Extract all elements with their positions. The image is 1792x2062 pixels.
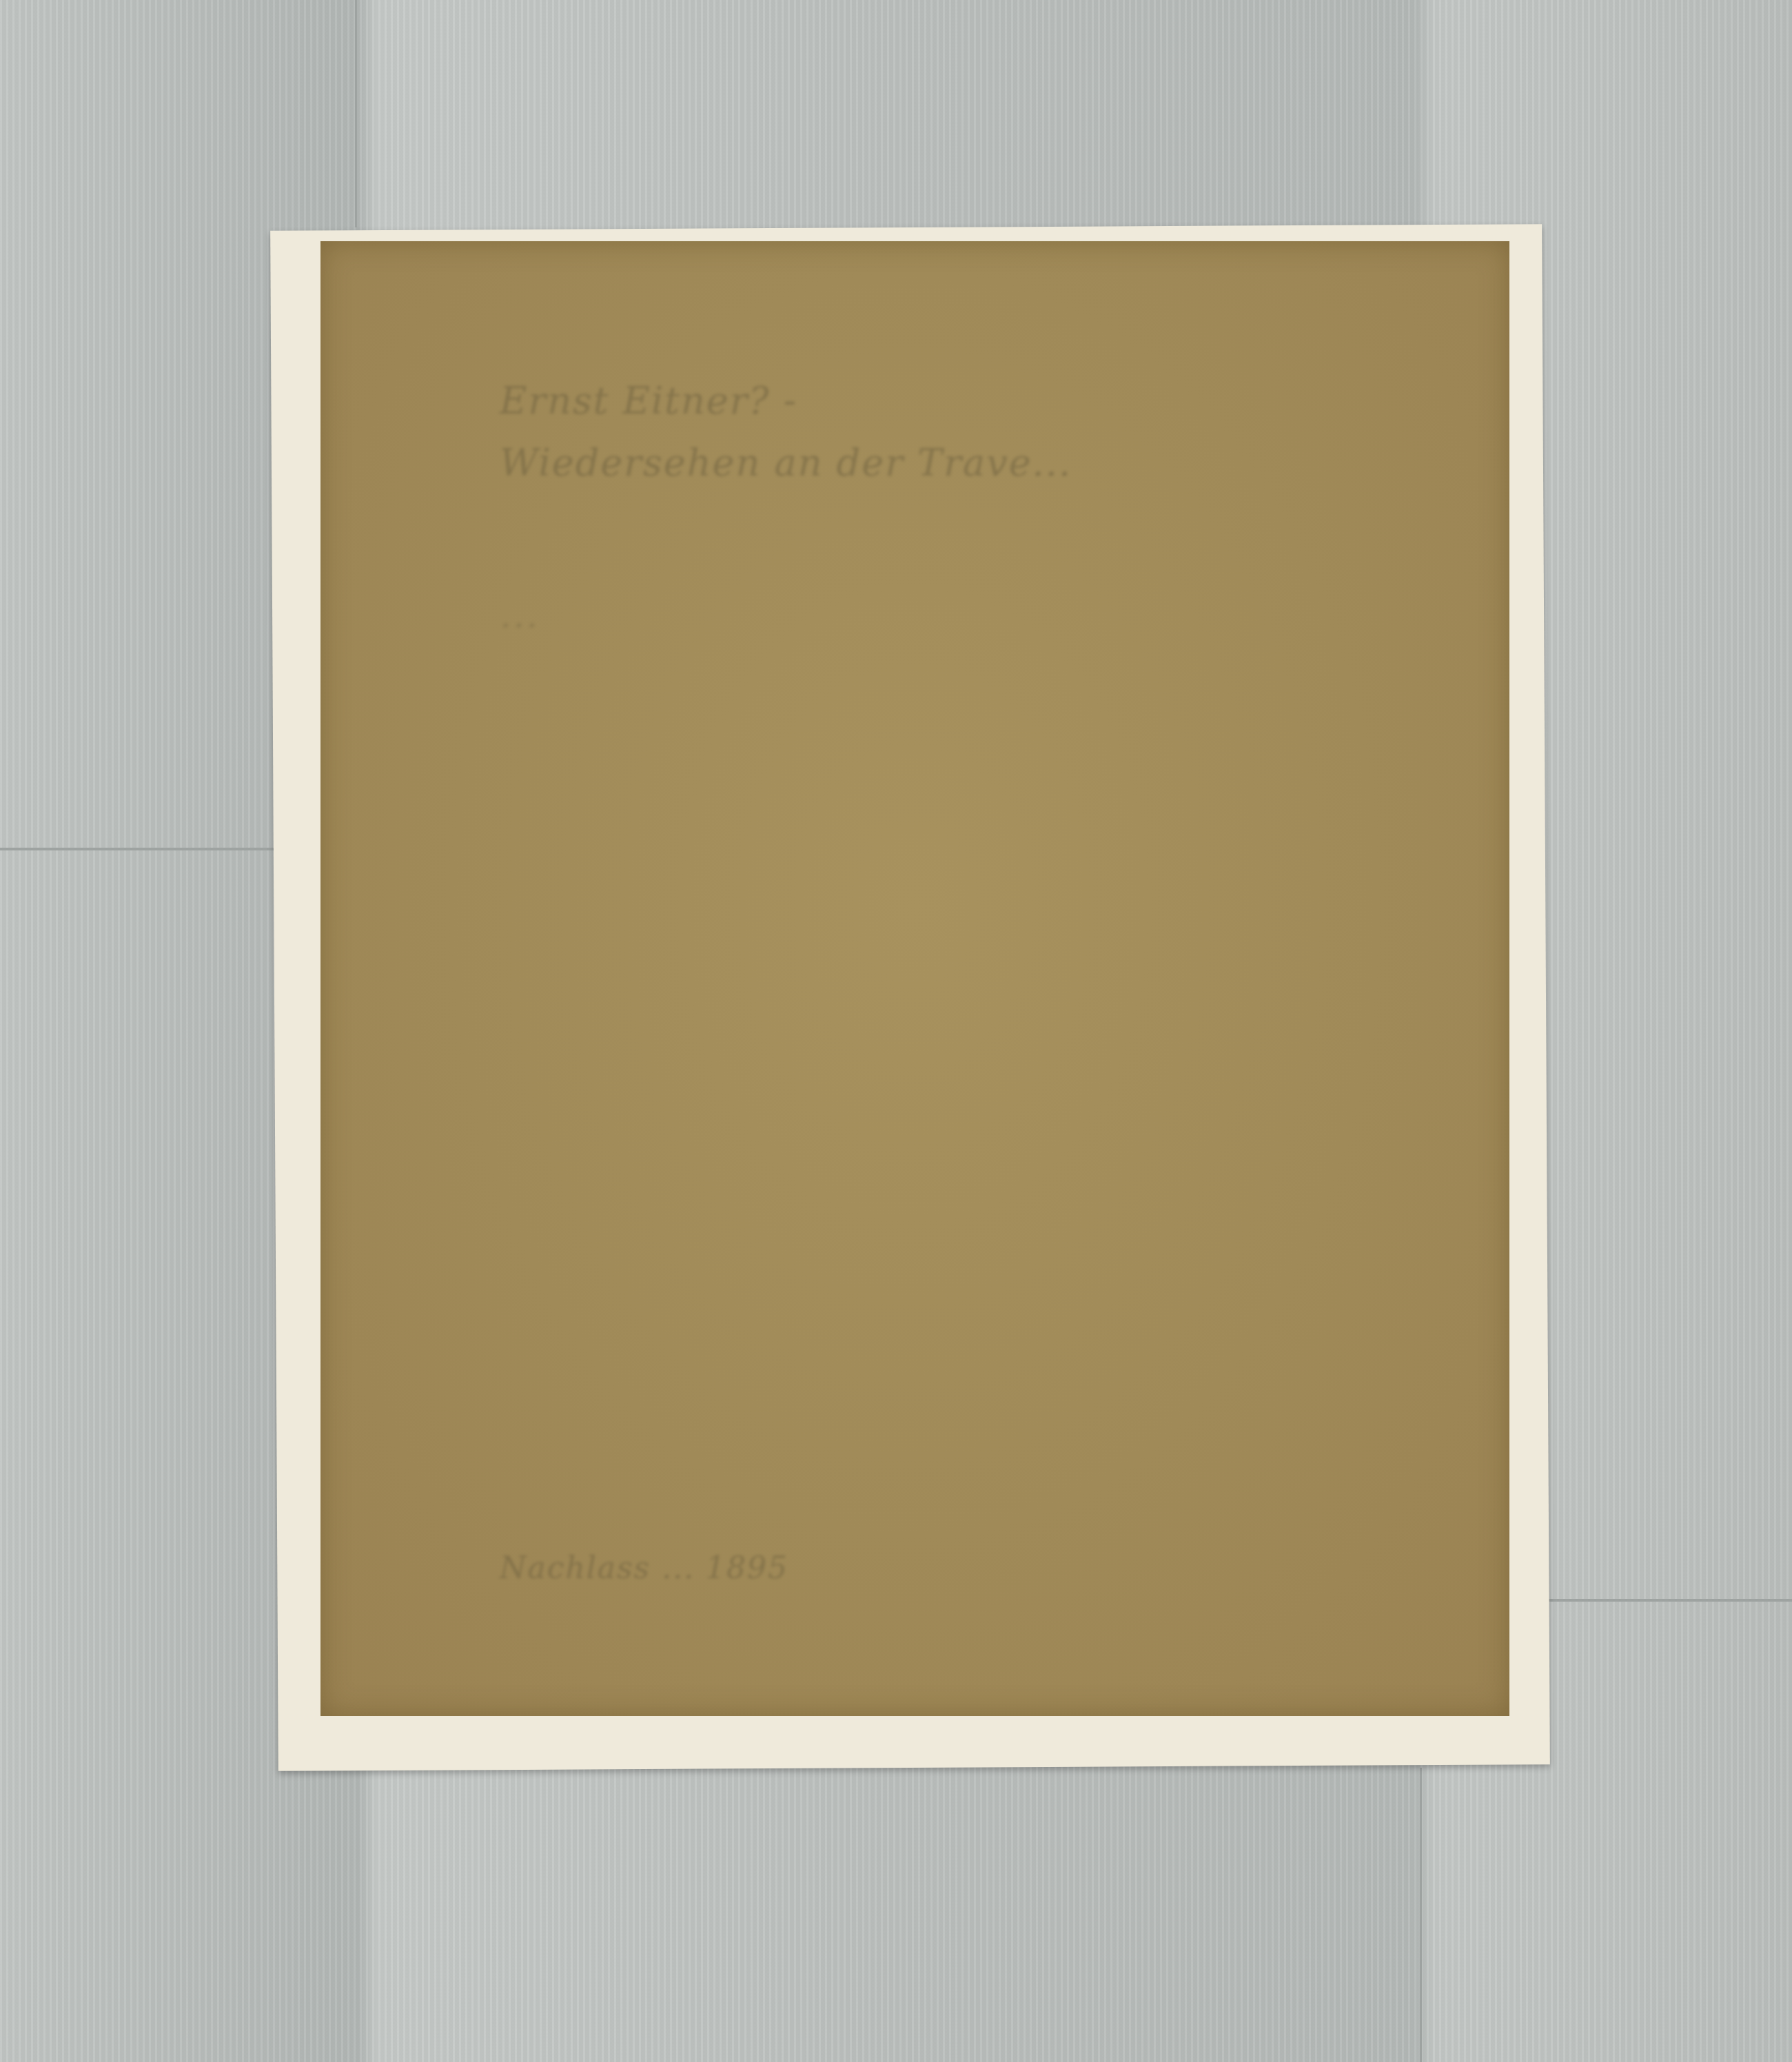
floor-seam (1544, 1599, 1792, 1602)
inscription-line-1: Ernst Eitner? - (500, 379, 797, 422)
floor-seam (0, 848, 276, 850)
backing-board: Ernst Eitner? - Wiedersehen an der Trave… (320, 241, 1509, 1716)
inscription-bottom: Nachlass ... 1895 (500, 1551, 788, 1586)
inscription-line-2: Wiedersehen an der Trave... (500, 441, 1072, 484)
floor-seam (355, 0, 357, 227)
inscription-line-3: ... (500, 593, 540, 636)
floor-seam (1420, 1768, 1422, 2062)
